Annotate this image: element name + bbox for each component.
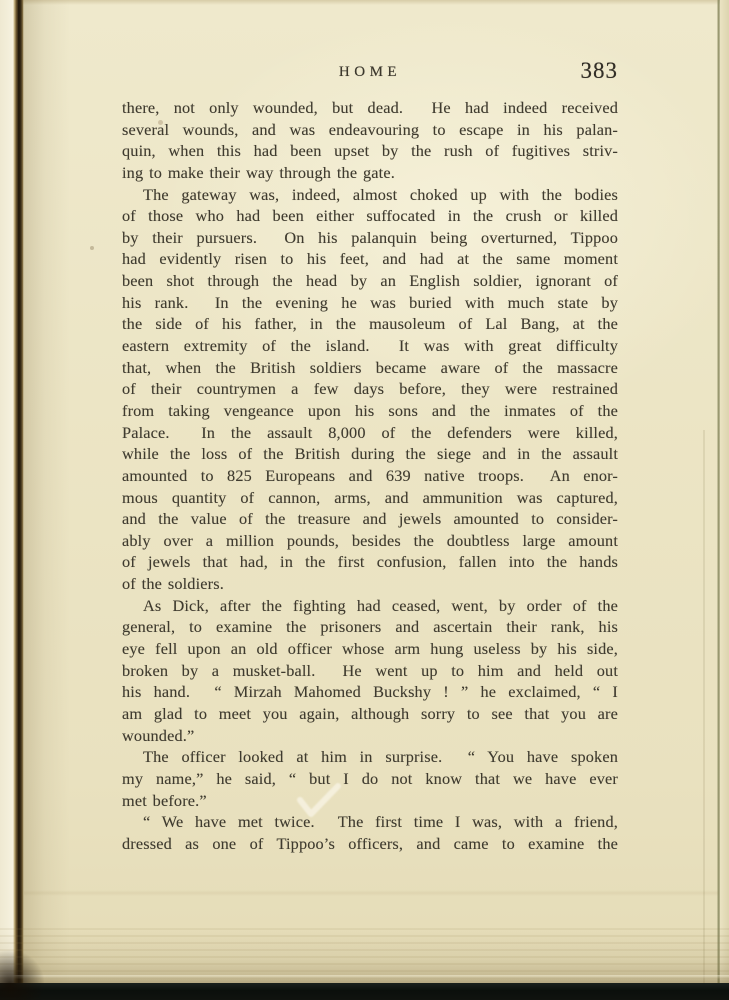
bottom-black-edge (0, 983, 729, 1000)
paper-crease (24, 890, 719, 896)
text-line: his hand. “ Mirzah Mahomed Buckshy ! ” h… (122, 681, 618, 703)
right-inner-page-line (703, 430, 705, 985)
text-line: “ We have met twice. The first time I wa… (122, 811, 618, 833)
left-page-edge (0, 0, 14, 985)
page-header: HOME 383 (122, 0, 618, 96)
text-line: while the loss of the British during the… (122, 443, 618, 465)
text-line: The officer looked at him in surprise. “… (122, 746, 618, 768)
paragraph: there, not only wounded, but dead. He ha… (122, 97, 618, 184)
page-text: there, not only wounded, but dead. He ha… (122, 97, 618, 854)
text-line: am glad to meet you again, although sorr… (122, 703, 618, 725)
text-line: mous quantity of cannon, arms, and ammun… (122, 487, 618, 509)
bottom-edge-highlight (0, 975, 729, 979)
text-line: of jewels that had, in the first confusi… (122, 551, 618, 573)
text-line: that, when the British soldiers became a… (122, 357, 618, 379)
text-line: broken by a musket-ball. He went up to h… (122, 660, 618, 682)
text-line: amounted to 825 Europeans and 639 native… (122, 465, 618, 487)
binding-edge-line (13, 0, 24, 987)
text-line: by their pursuers. On his palanquin bein… (122, 227, 618, 249)
right-page-edge-strip (720, 0, 729, 985)
text-line: ing to make their way through the gate. (122, 162, 618, 184)
text-line: there, not only wounded, but dead. He ha… (122, 97, 618, 119)
text-line: his rank. In the evening he was buried w… (122, 292, 618, 314)
text-line: As Dick, after the fighting had ceased, … (122, 595, 618, 617)
text-line: Palace. In the assault 8,000 of the defe… (122, 422, 618, 444)
bottom-left-corner-shadow (0, 948, 44, 1000)
text-line: eye fell upon an old officer whose arm h… (122, 638, 618, 660)
text-line: been shot through the head by an English… (122, 270, 618, 292)
paragraph: “ We have met twice. The first time I wa… (122, 811, 618, 854)
text-line: of those who had been either suffocated … (122, 205, 618, 227)
text-line: and the value of the treasure and jewels… (122, 508, 618, 530)
text-line: general, to examine the prisoners and as… (122, 616, 618, 638)
paper-speck (90, 246, 94, 250)
binding-shadow (24, 0, 70, 985)
text-line: eastern extremity of the island. It was … (122, 335, 618, 357)
text-line: quin, when this had been upset by the ru… (122, 140, 618, 162)
paragraph: As Dick, after the fighting had ceased, … (122, 595, 618, 746)
text-line: of their countrymen a few days before, t… (122, 378, 618, 400)
text-line: dressed as one of Tippoo’s officers, and… (122, 833, 618, 855)
text-line: met before.” (122, 790, 618, 812)
text-line: wounded.” (122, 725, 618, 747)
text-line: had evidently risen to his feet, and had… (122, 248, 618, 270)
paragraph: The officer looked at him in surprise. “… (122, 746, 618, 811)
text-line: from taking vengeance upon his sons and … (122, 400, 618, 422)
book-page-scan: HOME 383 there, not only wounded, but de… (0, 0, 729, 1000)
text-line: my name,” he said, “ but I do not know t… (122, 768, 618, 790)
running-title: HOME (122, 64, 618, 81)
paragraph: The gateway was, indeed, almost choked u… (122, 184, 618, 595)
text-line: the side of his father, in the mausoleum… (122, 313, 618, 335)
text-line: The gateway was, indeed, almost choked u… (122, 184, 618, 206)
text-line: of the soldiers. (122, 573, 618, 595)
page-number: 383 (581, 58, 619, 84)
pencil-checkmark (296, 782, 342, 822)
paper-speck (158, 120, 163, 125)
text-line: several wounds, and was endeavouring to … (122, 119, 618, 141)
text-line: ably over a million pounds, besides the … (122, 530, 618, 552)
